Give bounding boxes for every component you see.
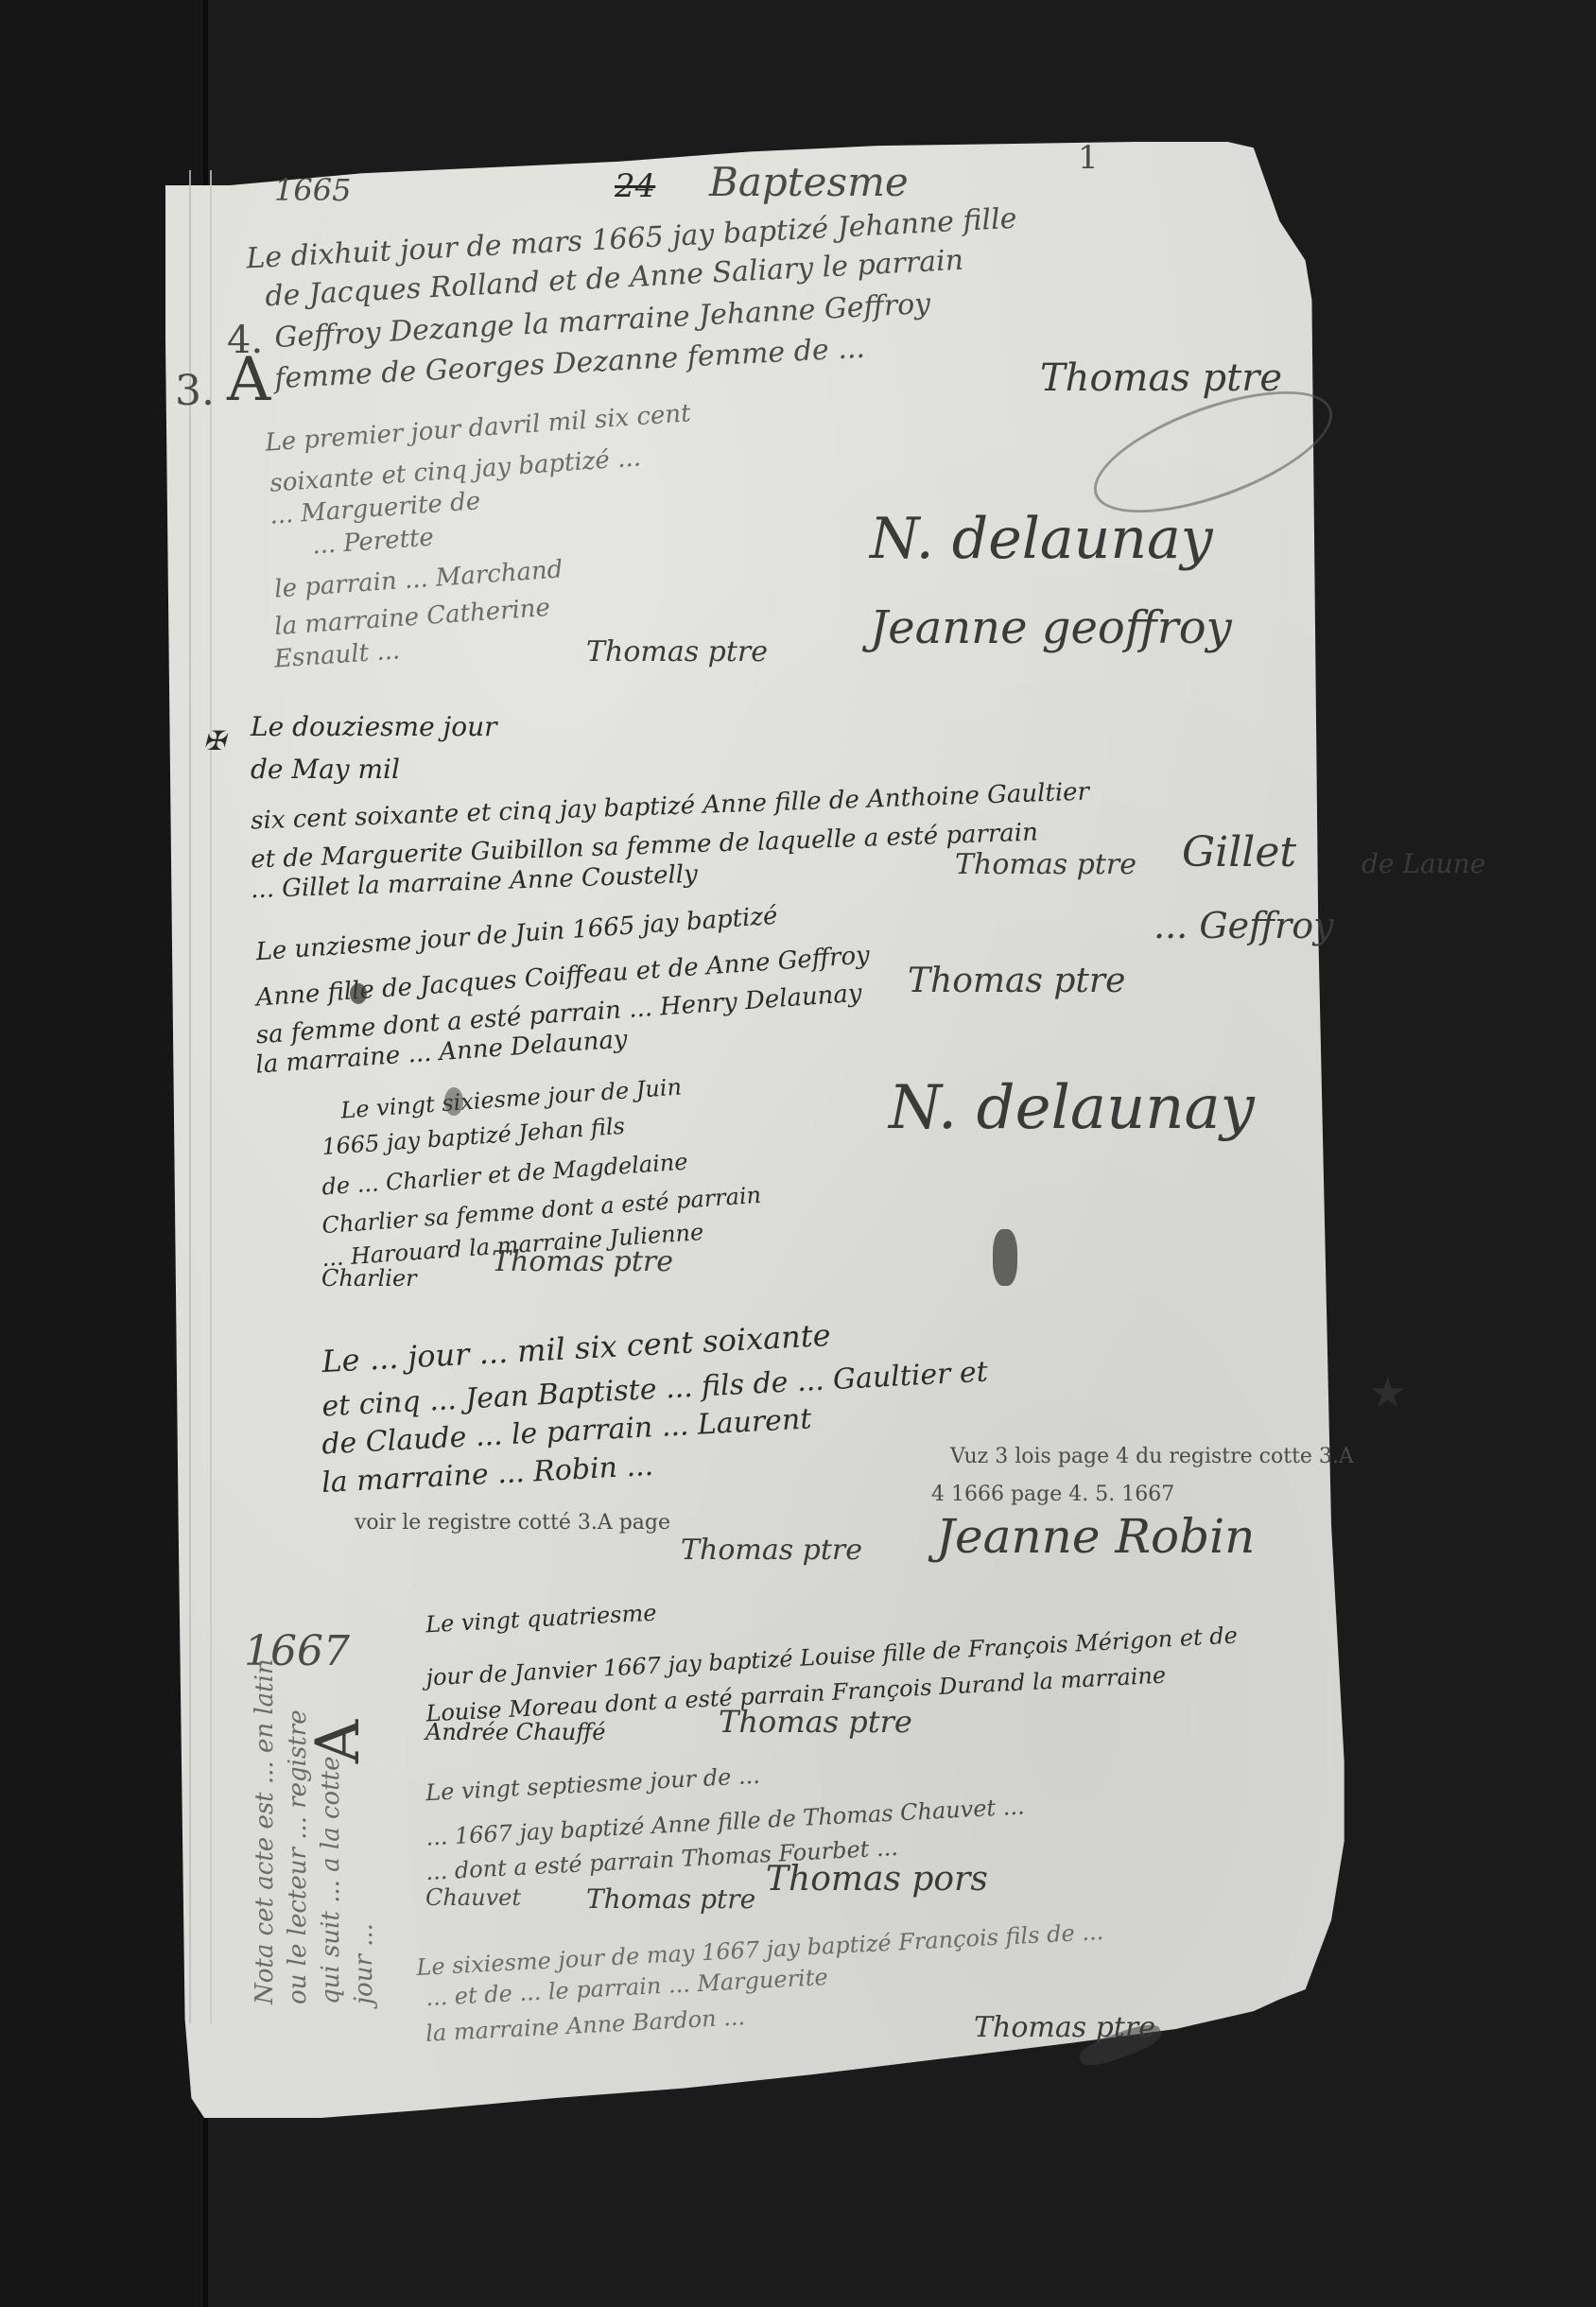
signature: N. delaunay bbox=[889, 1078, 1255, 1138]
signature: Thomas ptre bbox=[681, 1536, 862, 1565]
header-year: 1665 bbox=[274, 175, 351, 205]
margin-note-vertical: ou le lecteur ... registre bbox=[284, 1709, 312, 2004]
margin-note-vertical: qui suit ... a la cotte bbox=[317, 1757, 345, 2005]
signature: Thomas ptre bbox=[719, 1707, 912, 1737]
signature: Thomas ptre bbox=[955, 851, 1136, 879]
register-reference: Vuz 3 lois page 4 du registre cotte 3.A bbox=[950, 1447, 1354, 1467]
page-number: 1 bbox=[1078, 142, 1099, 174]
signature: Jeanne Robin bbox=[936, 1513, 1255, 1560]
register-reference: 4 1666 page 4. 5. 1667 bbox=[931, 1484, 1174, 1505]
entry-line: Charlier bbox=[321, 1267, 417, 1290]
ink-blot bbox=[993, 1229, 1017, 1286]
register-code-prefix: 3. bbox=[175, 371, 215, 412]
signature: Thomas pors bbox=[766, 1863, 988, 1897]
entry-line: de May mil bbox=[251, 756, 400, 783]
header-struck-number: 24 bbox=[615, 170, 655, 202]
entry-line: Andrée Chauffé bbox=[425, 1721, 605, 1743]
margin-mark: ✠ bbox=[203, 728, 225, 755]
signature: Thomas ptre bbox=[908, 964, 1125, 998]
signature: Thomas ptre bbox=[1040, 359, 1282, 397]
header-title: Baptesme bbox=[709, 163, 909, 202]
signature: Thomas ptre bbox=[586, 1886, 755, 1913]
page-binding-edge bbox=[189, 170, 212, 2023]
signature: Jeanne geoffroy bbox=[870, 605, 1232, 650]
signature: ... Geffroy bbox=[1154, 908, 1334, 944]
signature: Thomas ptre bbox=[586, 638, 768, 667]
entry-line: Chauvet bbox=[425, 1886, 521, 1909]
signature: de Laune bbox=[1362, 851, 1485, 877]
entry-line: Le douziesme jour bbox=[251, 714, 497, 740]
signature: N. delaunay bbox=[870, 511, 1213, 567]
signature: Gillet bbox=[1182, 832, 1296, 874]
margin-note-vertical: Nota cet acte est ... en latin bbox=[251, 1658, 279, 2004]
register-reference: voir le registre cotté 3.A page bbox=[355, 1513, 670, 1534]
ink-blot bbox=[444, 1087, 463, 1116]
star-mark-icon: ★ bbox=[1369, 1369, 1406, 1417]
signature: Thomas ptre bbox=[492, 1248, 673, 1276]
margin-note-vertical: jour ... bbox=[350, 1923, 378, 2004]
ink-blot bbox=[350, 983, 367, 1004]
register-code-letter: A bbox=[227, 350, 270, 410]
